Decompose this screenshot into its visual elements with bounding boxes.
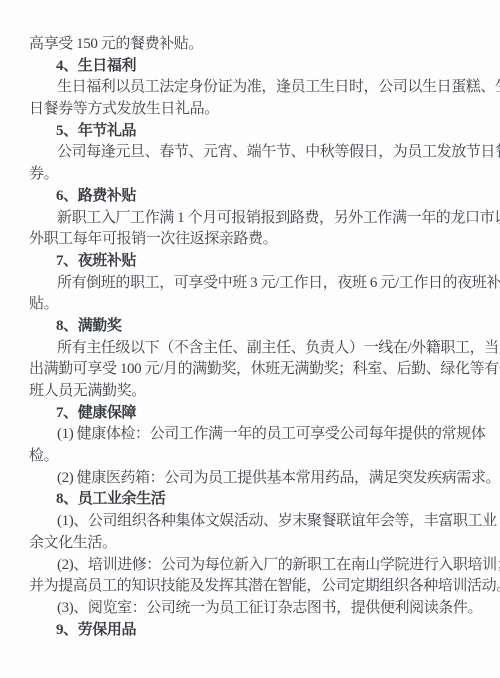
text-line: 日餐券等方式发放生日礼品。 xyxy=(29,99,476,121)
section-heading: 8、员工业余生活 xyxy=(29,489,476,511)
text-line: (3)、阅览室：公司统一为员工征订杂志图书，提供便利阅读条件。 xyxy=(29,598,476,620)
text-line: 所有倒班的职工，可享受中班 3 元/工作日，夜班 6 元/工作日的夜班补 xyxy=(29,273,476,295)
section-heading: 9、劳保用品 xyxy=(29,620,476,642)
text-line: 外职工每年可报销一次往返探亲路费。 xyxy=(29,229,476,251)
text-line: 高享受 150 元的餐费补贴。 xyxy=(29,34,476,56)
document-lines: 高享受 150 元的餐费补贴。4、生日福利生日福利以员工法定身份证为准，逢员工生… xyxy=(29,34,476,641)
text-line: 班人员无满勤奖。 xyxy=(29,381,476,403)
text-line: 出满勤可享受 100 元/月的满勤奖，休班无满勤奖；科室、后勤、绿化等有休 xyxy=(29,359,476,381)
text-line: 贴。 xyxy=(29,294,476,316)
text-line: 公司每逢元旦、春节、元宵、端午节、中秋等假日，为员工发放节日餐 xyxy=(29,142,476,164)
text-line: 生日福利以员工法定身份证为准，逢员工生日时，公司以生日蛋糕、生 xyxy=(29,77,476,99)
text-line: 所有主任级以下（不含主任、副主任、负责人）一线在/外籍职工，当月 xyxy=(29,338,476,360)
text-line: (2) 健康医药箱：公司为员工提供基本常用药品，满足突发疾病需求。 xyxy=(29,468,476,490)
text-line: 余文化生活。 xyxy=(29,533,476,555)
text-line: 并为提高员工的知识技能及发挥其潜在智能，公司定期组织各种培训活动。 xyxy=(29,576,476,598)
text-line: (1) 健康体检：公司工作满一年的员工可享受公司每年提供的常规体 xyxy=(29,424,476,446)
section-heading: 7、夜班补贴 xyxy=(29,251,476,273)
section-heading: 5、年节礼品 xyxy=(29,121,476,143)
text-line: (2)、培训进修：公司为每位新入厂的新职工在南山学院进行入职培训； xyxy=(29,555,476,577)
text-line: 检。 xyxy=(29,446,476,468)
text-line: 新职工入厂工作满 1 个月可报销报到路费，另外工作满一年的龙口市以 xyxy=(29,208,476,230)
section-heading: 4、生日福利 xyxy=(29,56,476,78)
text-line: (1)、公司组织各种集体文娱活动、岁末聚餐联谊年会等，丰富职工业 xyxy=(29,511,476,533)
document-page: 高享受 150 元的餐费补贴。4、生日福利生日福利以员工法定身份证为准，逢员工生… xyxy=(0,0,500,678)
section-heading: 7、健康保障 xyxy=(29,403,476,425)
section-heading: 6、路费补贴 xyxy=(29,186,476,208)
text-line: 券。 xyxy=(29,164,476,186)
section-heading: 8、满勤奖 xyxy=(29,316,476,338)
